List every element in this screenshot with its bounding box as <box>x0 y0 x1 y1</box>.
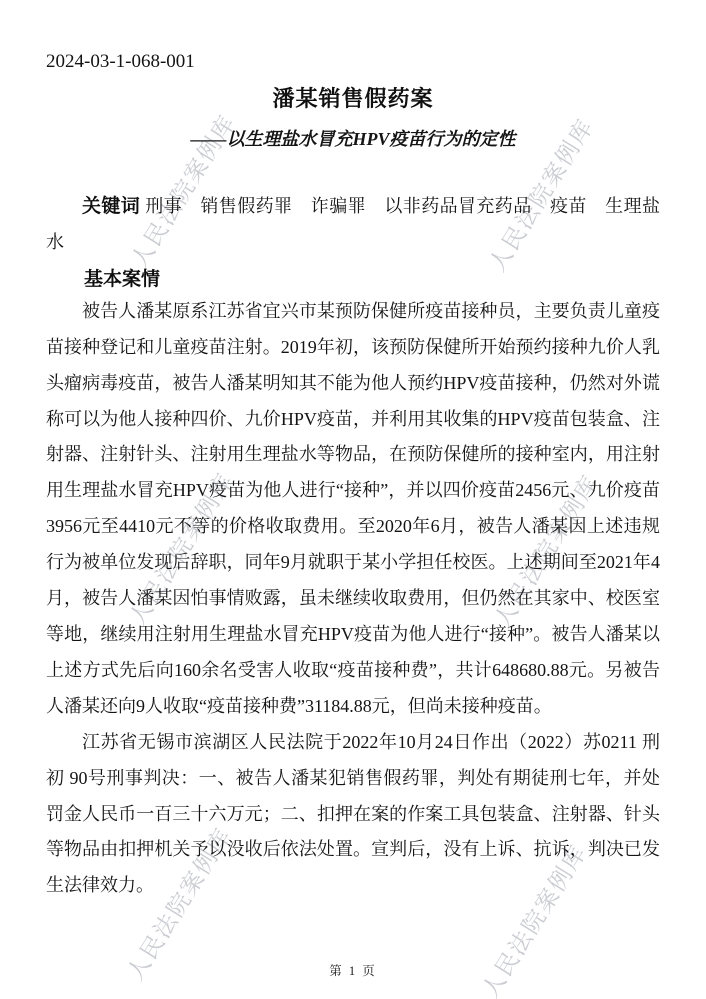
page-footer: 第 1 页 <box>0 961 706 979</box>
document-content: 2024-03-1-068-001 潘某销售假药案 ——以生理盐水冒充HPV疫苗… <box>0 0 706 904</box>
case-title: 潘某销售假药案 <box>46 84 660 114</box>
keywords-label: 关键词 <box>82 196 140 217</box>
document-page: { "doc": { "number": "2024-03-1-068-001"… <box>0 0 706 999</box>
body-paragraph-1: 被告人潘某原系江苏省宜兴市某预防保健所疫苗接种员，主要负责儿童疫苗接种登记和儿童… <box>46 294 660 725</box>
case-subtitle: ——以生理盐水冒充HPV疫苗行为的定性 <box>46 126 660 153</box>
keywords-line: 关键词刑事 销售假药罪 诈骗罪 以非药品冒充药品 疫苗 生理盐水 <box>46 189 660 261</box>
doc-number: 2024-03-1-068-001 <box>46 50 660 74</box>
body-paragraph-2: 江苏省无锡市滨湖区人民法院于2022年10月24日作出（2022）苏0211 刑… <box>46 725 660 905</box>
section-heading-basic-facts: 基本案情 <box>46 266 660 294</box>
